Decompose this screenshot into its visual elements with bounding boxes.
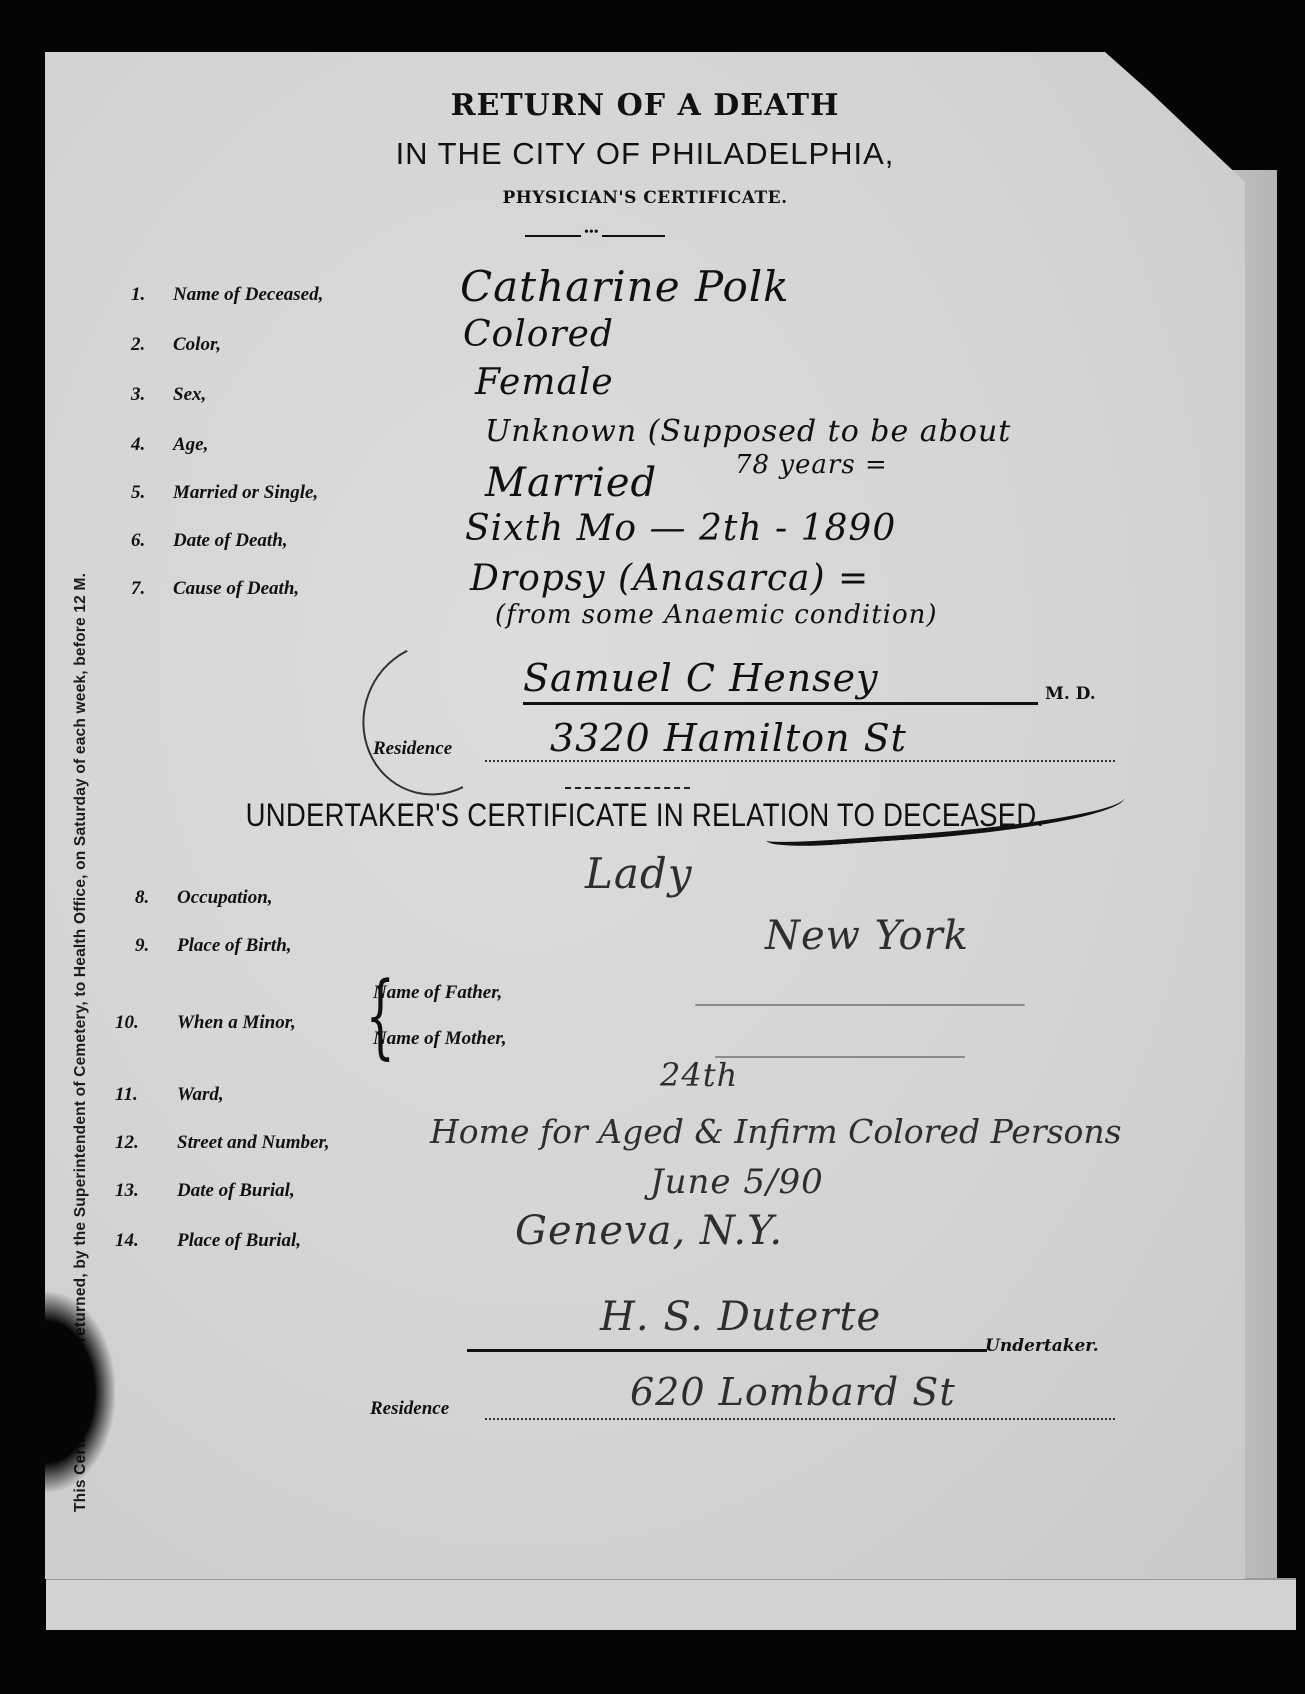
name-of-mother-label: Name of Mother, [373, 1028, 507, 1050]
residence-line [485, 1418, 1115, 1420]
field-number: 13. [115, 1180, 177, 1202]
physician-residence: 3320 Hamilton St [550, 716, 907, 760]
field-label: Name of Deceased, [173, 284, 323, 305]
field-label: Sex, [173, 384, 206, 405]
field-number: 5. [131, 482, 173, 504]
field-number: 11. [115, 1084, 177, 1106]
field-number: 2. [131, 334, 173, 356]
ornament-divider [565, 785, 690, 789]
field-label: When a Minor, [177, 1012, 296, 1033]
field-number: 4. [131, 434, 173, 456]
mother-blank [715, 1056, 965, 1058]
field-number: 14. [115, 1230, 177, 1252]
field-value: Unknown (Supposed to be about [485, 414, 1011, 449]
death-certificate: This Certificate. To be returned, by the… [45, 52, 1245, 1579]
field-label: Cause of Death, [173, 578, 299, 599]
name-of-father-label: Name of Father, [373, 982, 502, 1004]
physician-certificate-heading: PHYSICIAN'S CERTIFICATE. [45, 188, 1245, 208]
field-value: Lady [585, 849, 693, 898]
field-value: Married [485, 460, 657, 506]
undertaker-signature: H. S. Duterte [600, 1294, 881, 1340]
field-number: 3. [131, 384, 173, 406]
undertaker-residence-label: Residence [370, 1398, 449, 1420]
field-value: Sixth Mo — 2th - 1890 [465, 508, 896, 549]
residence-line [485, 760, 1115, 762]
field-value: Female [475, 362, 614, 403]
age-estimate: 78 years = [735, 450, 888, 480]
field-value: June 5/90 [650, 1162, 824, 1202]
field-label: Place of Birth, [177, 935, 292, 956]
field-value: 24th [660, 1056, 738, 1094]
document-subtitle: IN THE CITY OF PHILADELPHIA, [45, 136, 1245, 172]
field-label: Place of Burial, [177, 1230, 301, 1251]
field-label: Ward, [177, 1084, 224, 1105]
signature-line [523, 702, 1038, 705]
field-number: 9. [135, 935, 177, 957]
field-value: Catharine Polk [460, 262, 790, 311]
field-number: 10. [115, 1012, 177, 1034]
field-label: Date of Death, [173, 530, 288, 551]
father-blank [695, 1004, 1025, 1006]
field-value: Colored [463, 314, 614, 355]
undertaker-suffix: Undertaker. [985, 1336, 1099, 1356]
field-value: Geneva, N.Y. [515, 1208, 783, 1254]
field-label: Color, [173, 334, 221, 355]
undertaker-residence: 620 Lombard St [630, 1370, 956, 1414]
field-value: New York [765, 913, 969, 959]
physician-signature: Samuel C Hensey [523, 656, 879, 700]
document-title: RETURN OF A DEATH [45, 88, 1245, 123]
signature-line [467, 1349, 987, 1352]
pen-flourish [341, 622, 529, 816]
physician-residence-label: Residence [373, 738, 452, 760]
field-label: Age, [173, 434, 208, 455]
field-number: 12. [115, 1132, 177, 1154]
md-suffix: M. D. [1045, 684, 1096, 704]
lower-sheet-edge [46, 1578, 1296, 1630]
field-number: 6. [131, 530, 173, 552]
field-label: Date of Burial, [177, 1180, 295, 1201]
field-label: Occupation, [177, 887, 273, 908]
field-label: Street and Number, [177, 1132, 330, 1153]
field-value: Home for Aged & Infirm Colored Persons [430, 1112, 1122, 1151]
field-label: Married or Single, [173, 482, 318, 503]
field-number: 1. [131, 284, 173, 306]
undertaker-certificate-heading: UNDERTAKER'S CERTIFICATE IN RELATION TO … [129, 797, 1161, 834]
field-value-continued: (from some Anaemic condition) [495, 600, 938, 630]
field-value: Dropsy (Anasarca) = [470, 558, 869, 599]
field-number: 8. [135, 887, 177, 909]
torn-corner [45, 1292, 115, 1492]
field-number: 7. [131, 578, 173, 600]
ornament-divider [525, 232, 665, 240]
